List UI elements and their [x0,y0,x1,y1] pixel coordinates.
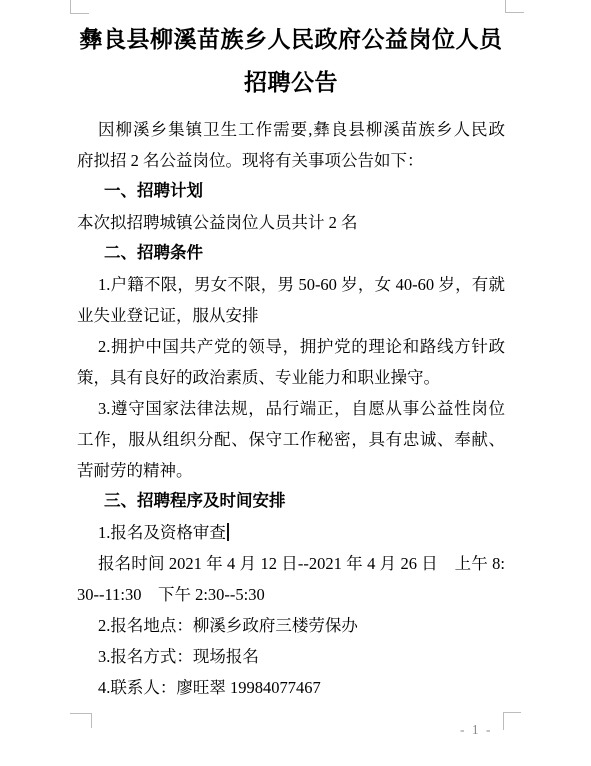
condition-2-line-1[interactable]: 2.拥护中国共产党的领导，拥护党的理论和路线方针政 [77,331,505,362]
contact-line[interactable]: 4.联系人：廖旺翠 19984077467 [77,672,505,703]
plan-line[interactable]: 本次拟招聘城镇公益岗位人员共计 2 名 [77,207,505,238]
doc-body: 因柳溪乡集镇卫生工作需要,彝良县柳溪苗族乡人民政 府拟招 2 名公益岗位。现将有… [77,114,505,703]
crop-mark-top-left [70,0,89,14]
footer-page-number: - 1 - [460,722,493,738]
text-cursor [227,523,229,541]
intro-line-1[interactable]: 因柳溪乡集镇卫生工作需要,彝良县柳溪苗族乡人民政 [77,114,505,145]
condition-3-line-1[interactable]: 3.遵守国家法律法规，品行端正，自愿从事公益性岗位 [77,393,505,424]
crop-mark-bottom-left [70,713,92,728]
signup-location-line[interactable]: 2.报名地点：柳溪乡政府三楼劳保办 [77,610,505,641]
document-text-area[interactable]: 彝良县柳溪苗族乡人民政府公益岗位人员 招聘公告 因柳溪乡集镇卫生工作需要,彝良县… [77,18,505,703]
doc-title-line-2[interactable]: 招聘公告 [77,61,505,104]
condition-3-line-3[interactable]: 苦耐劳的精神。 [77,455,505,486]
intro-line-2[interactable]: 府拟招 2 名公益岗位。现将有关事项公告如下： [77,145,505,176]
doc-title-line-1[interactable]: 彝良县柳溪苗族乡人民政府公益岗位人员 [77,18,505,61]
procedure-1-line[interactable]: 1.报名及资格审查 [77,517,505,548]
heading-procedure-schedule[interactable]: 三、招聘程序及时间安排 [77,486,505,517]
signup-time-line-1[interactable]: 报名时间 2021 年 4 月 12 日--2021 年 4 月 26 日 上午… [77,548,505,579]
crop-mark-top-right [505,0,524,13]
procedure-1-text: 1.报名及资格审查 [98,523,226,542]
signup-method-line[interactable]: 3.报名方式：现场报名 [77,641,505,672]
condition-3-line-2[interactable]: 工作，服从组织分配、保守工作秘密，具有忠诚、奉献、吃 [77,424,505,455]
condition-1-line-1[interactable]: 1.户籍不限，男女不限，男 50-60 岁，女 40-60 岁，有就 [77,269,505,300]
document-page: 彝良县柳溪苗族乡人民政府公益岗位人员 招聘公告 因柳溪乡集镇卫生工作需要,彝良县… [0,0,591,766]
condition-1-line-2[interactable]: 业失业登记证，服从安排 [77,300,505,331]
crop-mark-bottom-right [503,712,521,730]
signup-time-line-2[interactable]: 30--11:30 下午 2:30--5:30 [77,579,505,610]
heading-recruitment-plan[interactable]: 一、招聘计划 [77,176,505,207]
heading-recruitment-conditions[interactable]: 二、招聘条件 [77,238,505,269]
condition-2-line-2[interactable]: 策，具有良好的政治素质、专业能力和职业操守。 [77,362,505,393]
